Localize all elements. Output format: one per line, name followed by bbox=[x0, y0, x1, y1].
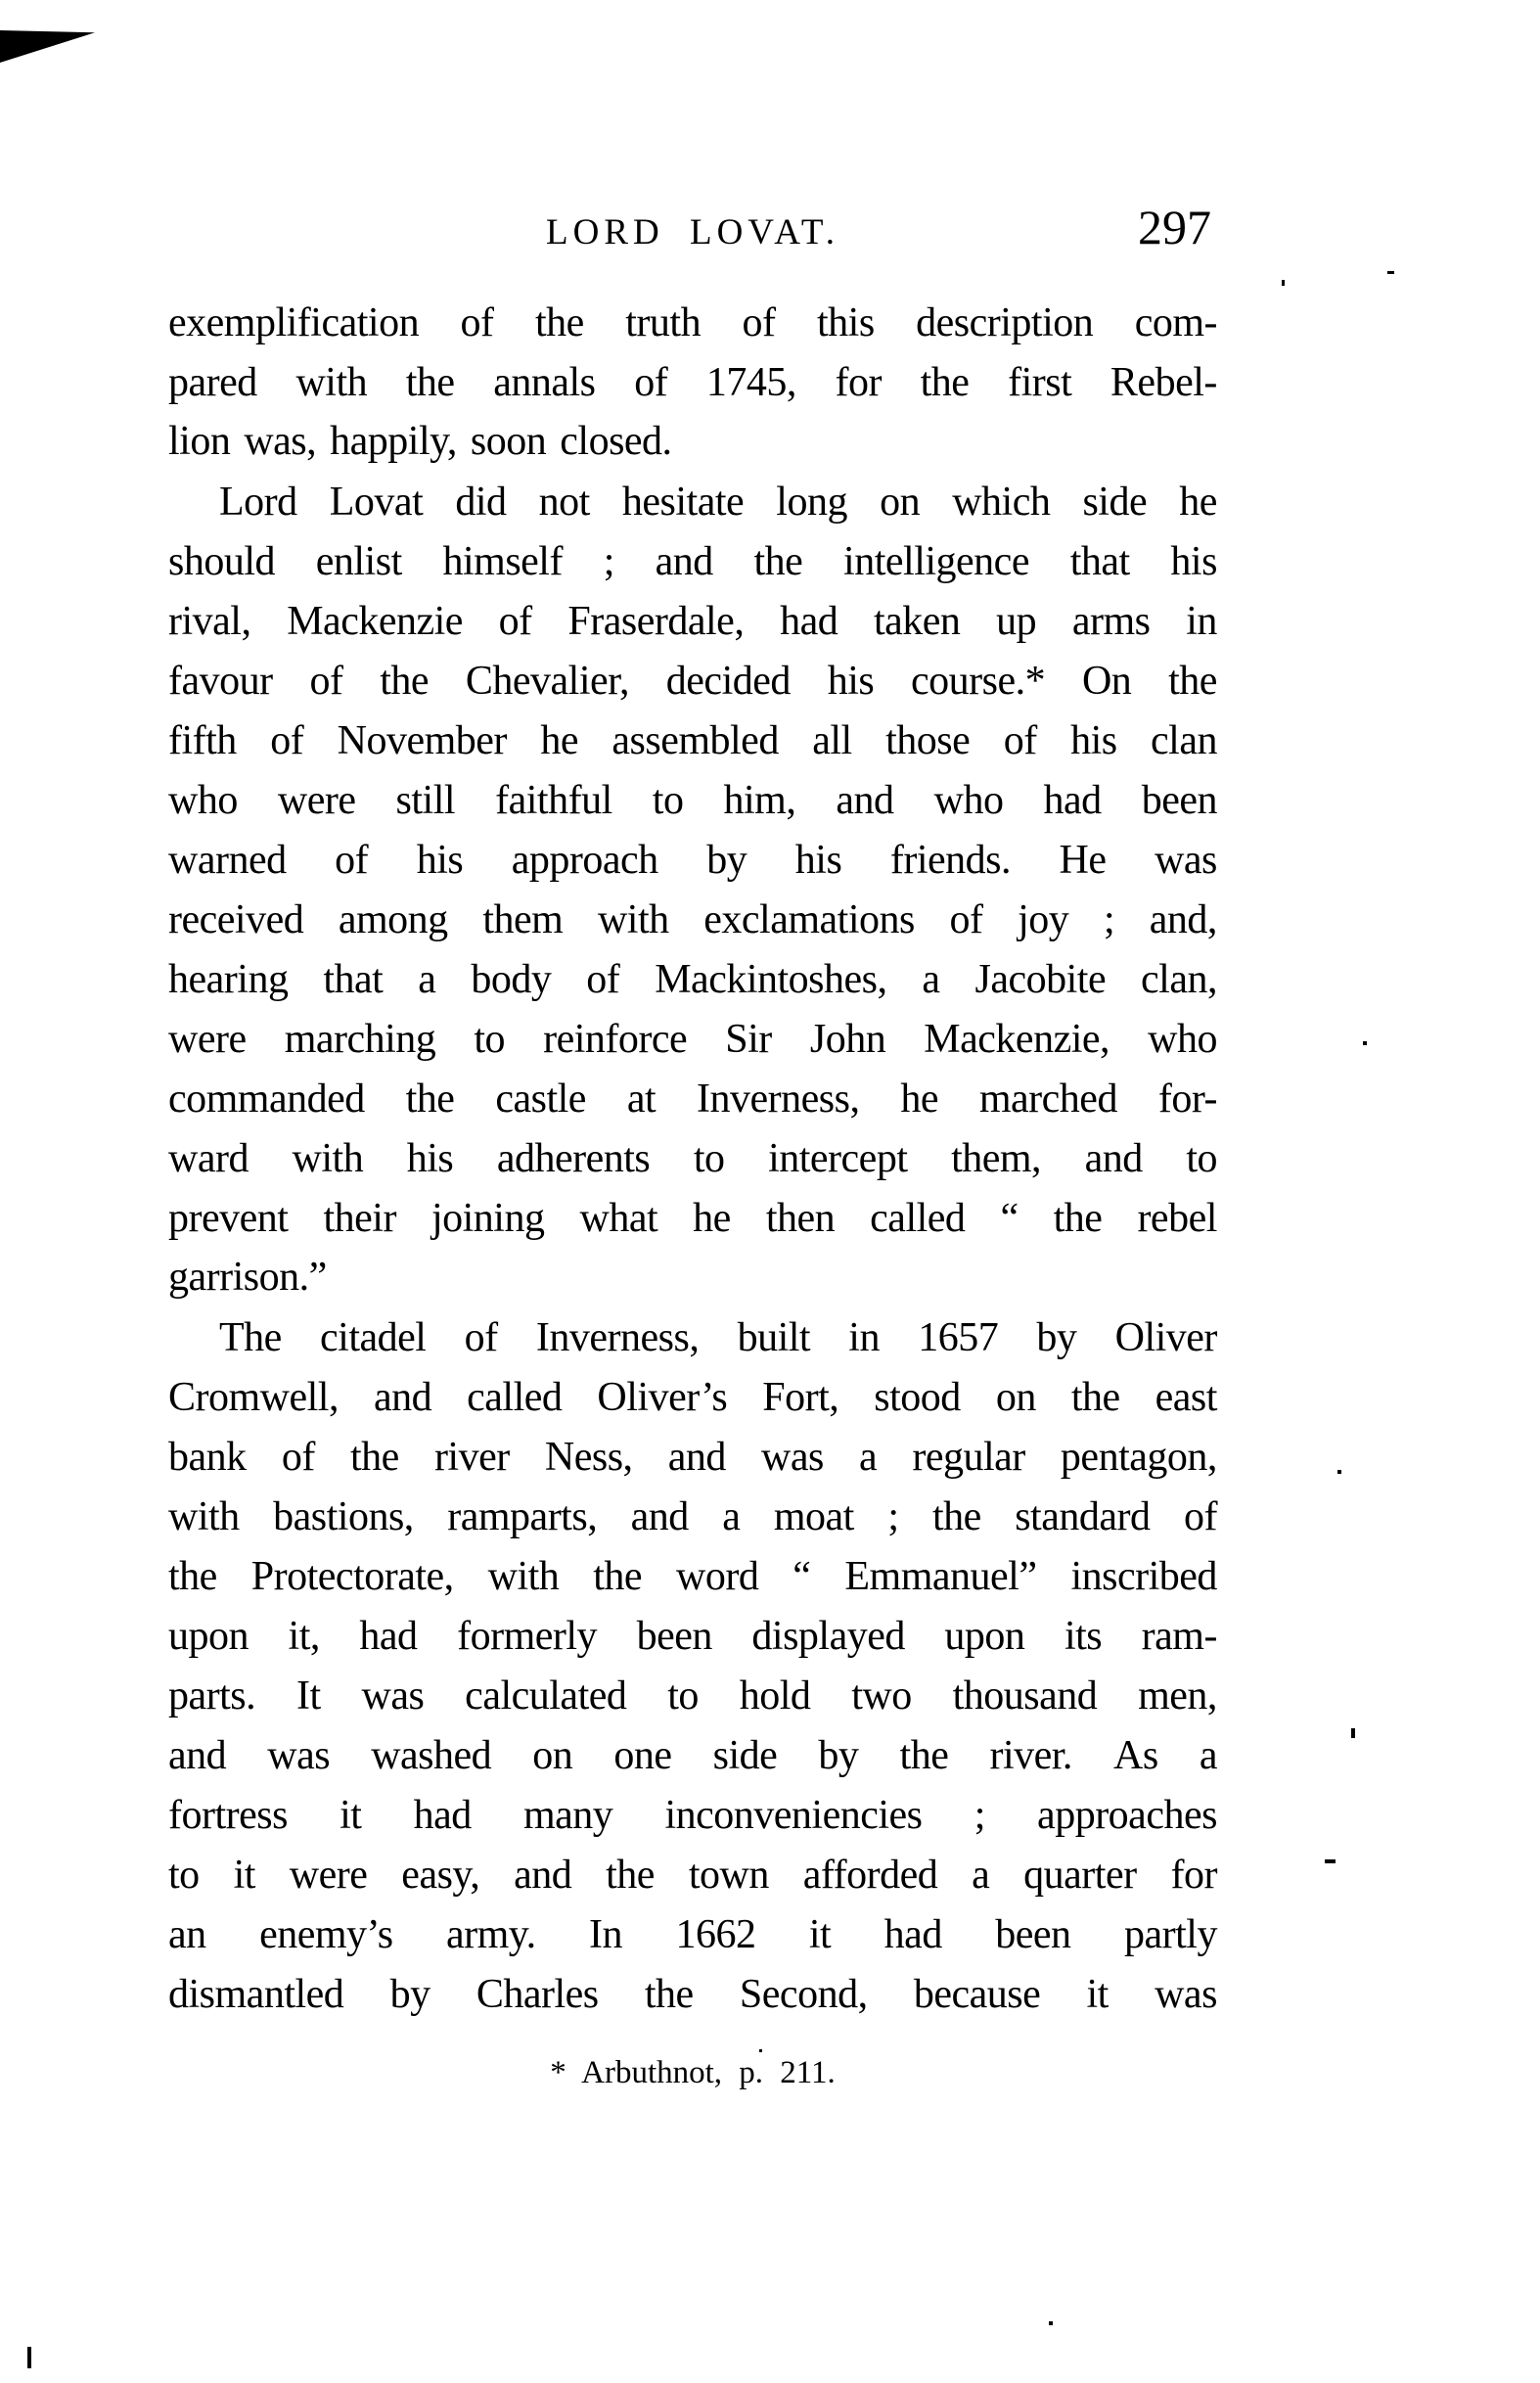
word: built bbox=[738, 1314, 811, 1361]
word: rival, bbox=[168, 598, 250, 645]
word: exclamations bbox=[703, 896, 915, 943]
word: pared bbox=[168, 359, 257, 406]
word: clan, bbox=[1141, 956, 1217, 1003]
word: hearing bbox=[168, 956, 288, 1003]
word: with bbox=[168, 1493, 240, 1540]
word: by bbox=[390, 1971, 430, 2018]
word: regular bbox=[912, 1434, 1024, 1481]
word: in bbox=[848, 1314, 880, 1361]
word: Chevalier, bbox=[466, 658, 629, 705]
word: who bbox=[934, 777, 1004, 824]
word: warned bbox=[168, 837, 287, 884]
word: bank bbox=[168, 1434, 247, 1481]
text-line: shouldenlisthimself;andtheintelligenceth… bbox=[168, 531, 1217, 591]
page-number: 297 bbox=[1138, 203, 1211, 252]
word: Oliver bbox=[1115, 1314, 1217, 1361]
word: approaches bbox=[1037, 1792, 1217, 1839]
word: He bbox=[1060, 837, 1107, 884]
word: standard bbox=[1015, 1493, 1150, 1540]
word: with bbox=[293, 1135, 364, 1182]
word: then bbox=[766, 1195, 835, 1242]
word: Lovat bbox=[330, 479, 423, 526]
word: friends. bbox=[890, 837, 1011, 884]
word: not bbox=[539, 479, 590, 526]
word: his bbox=[1170, 538, 1217, 585]
word: him, bbox=[724, 777, 796, 824]
scan-speck bbox=[1337, 1470, 1341, 1474]
word: of bbox=[586, 956, 619, 1003]
word: pentagon, bbox=[1061, 1434, 1217, 1481]
page-header: LORD LOVAT. 297 bbox=[168, 201, 1217, 259]
word: was bbox=[1155, 1971, 1217, 2018]
word: were bbox=[290, 1852, 368, 1899]
word: of bbox=[309, 658, 342, 705]
word: Cromwell, bbox=[168, 1374, 339, 1421]
word: the bbox=[900, 1732, 949, 1779]
word: of bbox=[634, 359, 667, 406]
word: “ bbox=[793, 1553, 810, 1600]
word: himself bbox=[442, 538, 562, 585]
word: those bbox=[885, 717, 970, 764]
word: inconveniencies bbox=[664, 1792, 922, 1839]
word: did bbox=[455, 479, 506, 526]
word: the bbox=[932, 1493, 981, 1540]
word: the bbox=[168, 1553, 217, 1600]
text-line: weremarchingtoreinforceSirJohnMackenzie,… bbox=[168, 1009, 1217, 1069]
scan-speck bbox=[1351, 1728, 1355, 1738]
word: Emmanuel” bbox=[844, 1553, 1036, 1600]
text-line: lion was, happily, soon closed. bbox=[168, 412, 1217, 472]
word: course.* bbox=[911, 658, 1045, 705]
word: what bbox=[579, 1195, 657, 1242]
text-line: andwaswashedononesidebytheriver.Asa bbox=[168, 1725, 1217, 1785]
word: partly bbox=[1124, 1911, 1217, 1958]
word: which bbox=[952, 479, 1050, 526]
word: by bbox=[706, 837, 747, 884]
word: who bbox=[1148, 1016, 1217, 1063]
word: it bbox=[1087, 1971, 1109, 2018]
word: side bbox=[1082, 479, 1147, 526]
word: decided bbox=[666, 658, 791, 705]
word: up bbox=[996, 598, 1036, 645]
word: fifth bbox=[168, 717, 237, 764]
word: with bbox=[488, 1553, 560, 1600]
word: word bbox=[676, 1553, 758, 1600]
word: he bbox=[540, 717, 578, 764]
word: should bbox=[168, 538, 275, 585]
text-line: withbastions,ramparts,andamoat;thestanda… bbox=[168, 1487, 1217, 1546]
word: it, bbox=[289, 1613, 320, 1660]
word: Ness, bbox=[545, 1434, 633, 1481]
word: favour bbox=[168, 658, 273, 705]
word: of bbox=[282, 1434, 315, 1481]
word: John bbox=[810, 1016, 885, 1063]
word: a bbox=[722, 1493, 740, 1540]
word: As bbox=[1113, 1732, 1158, 1779]
word: a bbox=[418, 956, 435, 1003]
word: the bbox=[606, 1852, 655, 1899]
word: body bbox=[471, 956, 551, 1003]
word: calculated bbox=[465, 1673, 626, 1719]
word: upon bbox=[944, 1613, 1024, 1660]
word: assembled bbox=[611, 717, 778, 764]
scan-speck bbox=[1387, 271, 1394, 274]
text-line: garrison.” bbox=[168, 1248, 1217, 1307]
word: their bbox=[323, 1195, 395, 1242]
word: and bbox=[1085, 1135, 1143, 1182]
word: Inverness, bbox=[536, 1314, 699, 1361]
word: among bbox=[339, 896, 448, 943]
word: for bbox=[1170, 1852, 1216, 1899]
word: ram- bbox=[1142, 1613, 1217, 1660]
word: it bbox=[340, 1792, 361, 1839]
word: on bbox=[532, 1732, 572, 1779]
word: the bbox=[406, 359, 455, 406]
word: It bbox=[296, 1673, 321, 1719]
word: inscribed bbox=[1070, 1553, 1216, 1600]
word: marching bbox=[285, 1016, 436, 1063]
word: On bbox=[1082, 658, 1131, 705]
word: November bbox=[338, 717, 507, 764]
word: first bbox=[1008, 359, 1071, 406]
word: 1657 bbox=[918, 1314, 998, 1361]
word: Sir bbox=[725, 1016, 772, 1063]
scan-speck bbox=[1363, 1041, 1367, 1045]
word: ; bbox=[604, 538, 614, 585]
word: to bbox=[653, 777, 684, 824]
word: truth bbox=[625, 299, 701, 346]
word: them bbox=[482, 896, 563, 943]
text-line: whowerestillfaithfultohim,andwhohadbeen bbox=[168, 770, 1217, 830]
word: joining bbox=[431, 1195, 545, 1242]
word: description bbox=[916, 299, 1093, 346]
word: river bbox=[434, 1434, 510, 1481]
word: Inverness, bbox=[697, 1076, 859, 1123]
word: Fraserdale, bbox=[567, 598, 744, 645]
word: Protectorate, bbox=[251, 1553, 454, 1600]
word: that bbox=[323, 956, 383, 1003]
word: and bbox=[631, 1493, 689, 1540]
word: of bbox=[270, 717, 303, 764]
word: the bbox=[645, 1971, 694, 2018]
word: parts. bbox=[168, 1673, 255, 1719]
word: clan bbox=[1151, 717, 1217, 764]
word: afforded bbox=[803, 1852, 937, 1899]
word: bastions, bbox=[273, 1493, 414, 1540]
word: the bbox=[1168, 658, 1217, 705]
word: an bbox=[168, 1911, 206, 1958]
word: side bbox=[713, 1732, 778, 1779]
word: his bbox=[795, 837, 842, 884]
text-line: wardwithhisadherentstointerceptthem,andt… bbox=[168, 1128, 1217, 1188]
word: Second, bbox=[740, 1971, 868, 2018]
word: one bbox=[613, 1732, 671, 1779]
word: and bbox=[374, 1374, 431, 1421]
word: had bbox=[780, 598, 838, 645]
word: by bbox=[1036, 1314, 1076, 1361]
word: them, bbox=[951, 1135, 1041, 1182]
word: he bbox=[693, 1195, 731, 1242]
word: faithful bbox=[495, 777, 612, 824]
word: had bbox=[359, 1613, 417, 1660]
word: to bbox=[474, 1016, 505, 1063]
word: called bbox=[870, 1195, 965, 1242]
word: all bbox=[812, 717, 851, 764]
word: 1662 bbox=[675, 1911, 755, 1958]
word: his bbox=[828, 658, 875, 705]
word: dismantled bbox=[168, 1971, 343, 2018]
text-line: anenemy’sarmy.In1662ithadbeenpartly bbox=[168, 1904, 1217, 1964]
word: with bbox=[295, 359, 367, 406]
word: men, bbox=[1138, 1673, 1217, 1719]
scan-speck bbox=[1325, 1859, 1336, 1863]
word: and bbox=[656, 538, 713, 585]
text-line: rival,MackenzieofFraserdale,hadtakenupar… bbox=[168, 591, 1217, 651]
word: was bbox=[1155, 837, 1217, 884]
text-block: exemplificationofthetruthofthisdescripti… bbox=[168, 293, 1217, 2024]
word: fortress bbox=[168, 1792, 288, 1839]
word: thousand bbox=[953, 1673, 1098, 1719]
word: for bbox=[836, 359, 882, 406]
word: called bbox=[467, 1374, 562, 1421]
word: 1745, bbox=[706, 359, 796, 406]
word: to bbox=[694, 1135, 725, 1182]
text-line: paredwiththeannalsof1745,forthefirstRebe… bbox=[168, 352, 1217, 412]
text-line: toitwereeasy,andthetownaffordedaquarterf… bbox=[168, 1845, 1217, 1904]
word: a bbox=[922, 956, 939, 1003]
word: and bbox=[514, 1852, 571, 1899]
word: this bbox=[817, 299, 875, 346]
word: joy bbox=[1018, 896, 1068, 943]
text-line: ThecitadelofInverness,builtin1657byOlive… bbox=[168, 1307, 1217, 1367]
word: In bbox=[589, 1911, 622, 1958]
word: to bbox=[168, 1852, 200, 1899]
word: the bbox=[406, 1076, 455, 1123]
text-line: favouroftheChevalier,decidedhiscourse.*O… bbox=[168, 651, 1217, 710]
word: his bbox=[417, 837, 464, 884]
word: com- bbox=[1135, 299, 1217, 346]
scan-speck bbox=[759, 2049, 762, 2052]
word: his bbox=[407, 1135, 454, 1182]
scan-speck bbox=[27, 2347, 31, 2368]
word: was bbox=[362, 1673, 425, 1719]
word: had bbox=[884, 1911, 942, 1958]
word: hold bbox=[740, 1673, 811, 1719]
text-line: warnedofhisapproachbyhisfriends.Hewas bbox=[168, 830, 1217, 890]
word: and bbox=[668, 1434, 726, 1481]
word: of bbox=[465, 1314, 498, 1361]
word: formerly bbox=[457, 1613, 597, 1660]
word: a bbox=[972, 1852, 989, 1899]
word: the bbox=[350, 1434, 399, 1481]
word: the bbox=[593, 1553, 642, 1600]
word: a bbox=[859, 1434, 877, 1481]
word: Jacobite bbox=[975, 956, 1107, 1003]
word: to bbox=[667, 1673, 699, 1719]
word: for- bbox=[1158, 1076, 1217, 1123]
word: enemy’s bbox=[259, 1911, 392, 1958]
word: ward bbox=[168, 1135, 249, 1182]
word: ramparts, bbox=[447, 1493, 597, 1540]
word: two bbox=[851, 1673, 912, 1719]
word: of bbox=[743, 299, 776, 346]
word: the bbox=[535, 299, 584, 346]
word: east bbox=[1155, 1374, 1217, 1421]
scanned-book-page: LORD LOVAT. 297 exemplificationofthetrut… bbox=[0, 0, 1540, 2383]
word: prevent bbox=[168, 1195, 288, 1242]
text-line: Cromwell,andcalledOliver’sFort,stoodonth… bbox=[168, 1367, 1217, 1427]
word: river. bbox=[989, 1732, 1071, 1779]
word: of bbox=[335, 837, 368, 884]
word: exemplification bbox=[168, 299, 419, 346]
word: Fort, bbox=[762, 1374, 838, 1421]
word: were bbox=[278, 777, 356, 824]
word: by bbox=[818, 1732, 858, 1779]
word: of bbox=[1184, 1493, 1217, 1540]
word: of bbox=[1004, 717, 1037, 764]
scan-speck bbox=[1282, 280, 1285, 286]
word: been bbox=[1142, 777, 1217, 824]
word: had bbox=[1044, 777, 1102, 824]
text-line: parts.Itwascalculatedtoholdtwothousandme… bbox=[168, 1666, 1217, 1725]
word: on bbox=[996, 1374, 1036, 1421]
word: stood bbox=[874, 1374, 961, 1421]
text-line: uponit,hadformerlybeendisplayeduponitsra… bbox=[168, 1606, 1217, 1666]
word: received bbox=[168, 896, 303, 943]
word: the bbox=[1071, 1374, 1120, 1421]
text-line: receivedamongthemwithexclamationsofjoy;a… bbox=[168, 890, 1217, 949]
word: annals bbox=[493, 359, 595, 406]
word: had bbox=[414, 1792, 472, 1839]
word: castle bbox=[495, 1076, 586, 1123]
word: The bbox=[219, 1314, 282, 1361]
word: approach bbox=[512, 837, 658, 884]
word: hesitate bbox=[622, 479, 744, 526]
word: Mackenzie, bbox=[924, 1016, 1110, 1063]
word: Mackintoshes, bbox=[655, 956, 886, 1003]
word: marched bbox=[979, 1076, 1117, 1123]
word: on bbox=[880, 479, 920, 526]
word: of bbox=[950, 896, 983, 943]
word: in bbox=[1186, 598, 1217, 645]
word: quarter bbox=[1023, 1852, 1136, 1899]
running-title: LORD LOVAT. bbox=[546, 214, 839, 251]
word: still bbox=[396, 777, 456, 824]
text-line: commandedthecastleatInverness,hemarchedf… bbox=[168, 1069, 1217, 1128]
word: he bbox=[900, 1076, 938, 1123]
word: the bbox=[921, 359, 970, 406]
text-line: exemplificationofthetruthofthisdescripti… bbox=[168, 293, 1217, 352]
word: ; bbox=[887, 1493, 898, 1540]
word: Rebel- bbox=[1110, 359, 1217, 406]
text-line: theProtectorate,withtheword“Emmanuel”ins… bbox=[168, 1546, 1217, 1606]
word: were bbox=[168, 1016, 247, 1063]
word: Oliver’s bbox=[597, 1374, 727, 1421]
word: and bbox=[836, 777, 893, 824]
text-line: fortressithadmanyinconveniencies;approac… bbox=[168, 1785, 1217, 1845]
word: washed bbox=[371, 1732, 491, 1779]
word: the bbox=[380, 658, 429, 705]
word: of bbox=[461, 299, 494, 346]
word: arms bbox=[1072, 598, 1151, 645]
word: was bbox=[267, 1732, 330, 1779]
word: Charles bbox=[476, 1971, 599, 2018]
word: and, bbox=[1150, 896, 1217, 943]
word: Mackenzie bbox=[287, 598, 463, 645]
word: rebel bbox=[1137, 1195, 1216, 1242]
word: Lord bbox=[219, 479, 297, 526]
word: intelligence bbox=[843, 538, 1029, 585]
word: moat bbox=[774, 1493, 854, 1540]
word: he bbox=[1179, 479, 1217, 526]
word: and bbox=[168, 1732, 226, 1779]
scan-corner-artifact bbox=[0, 30, 95, 63]
word: long bbox=[776, 479, 847, 526]
word: the bbox=[754, 538, 803, 585]
word: town bbox=[689, 1852, 769, 1899]
word: enlist bbox=[316, 538, 402, 585]
word: with bbox=[598, 896, 669, 943]
word: ; bbox=[1104, 896, 1114, 943]
word: his bbox=[1070, 717, 1117, 764]
footnote: * Arbuthnot, p. 211. bbox=[168, 2052, 1217, 2093]
word: army. bbox=[446, 1911, 536, 1958]
word: the bbox=[1054, 1195, 1103, 1242]
word: because bbox=[914, 1971, 1040, 2018]
word: been bbox=[995, 1911, 1070, 1958]
word: upon bbox=[168, 1613, 249, 1660]
word: reinforce bbox=[543, 1016, 687, 1063]
word: commanded bbox=[168, 1076, 365, 1123]
word: ; bbox=[974, 1792, 985, 1839]
word: it bbox=[809, 1911, 831, 1958]
word: intercept bbox=[768, 1135, 907, 1182]
word: “ bbox=[1000, 1195, 1018, 1242]
scan-speck bbox=[1049, 2321, 1053, 2325]
text-line: preventtheirjoiningwhathethencalled“ther… bbox=[168, 1188, 1217, 1248]
word: many bbox=[523, 1792, 612, 1839]
word: it bbox=[234, 1852, 255, 1899]
word: adherents bbox=[497, 1135, 650, 1182]
word: been bbox=[637, 1613, 712, 1660]
word: was bbox=[761, 1434, 824, 1481]
word: who bbox=[168, 777, 238, 824]
word: a bbox=[1200, 1732, 1217, 1779]
word: to bbox=[1186, 1135, 1217, 1182]
word: displayed bbox=[751, 1613, 904, 1660]
word: citadel bbox=[320, 1314, 426, 1361]
text-line: bankoftheriverNess,andwasaregularpentago… bbox=[168, 1427, 1217, 1487]
word: of bbox=[499, 598, 532, 645]
text-line: hearingthatabodyofMackintoshes,aJacobite… bbox=[168, 949, 1217, 1009]
text-line: dismantledbyCharlestheSecond,becauseitwa… bbox=[168, 1964, 1217, 2024]
word: taken bbox=[874, 598, 960, 645]
word: at bbox=[627, 1076, 656, 1123]
text-line: fifthofNovemberheassembledallthoseofhisc… bbox=[168, 710, 1217, 770]
word: its bbox=[1064, 1613, 1102, 1660]
word: easy, bbox=[401, 1852, 479, 1899]
text-line: LordLovatdidnothesitatelongonwhichsidehe bbox=[168, 472, 1217, 531]
word: that bbox=[1070, 538, 1130, 585]
